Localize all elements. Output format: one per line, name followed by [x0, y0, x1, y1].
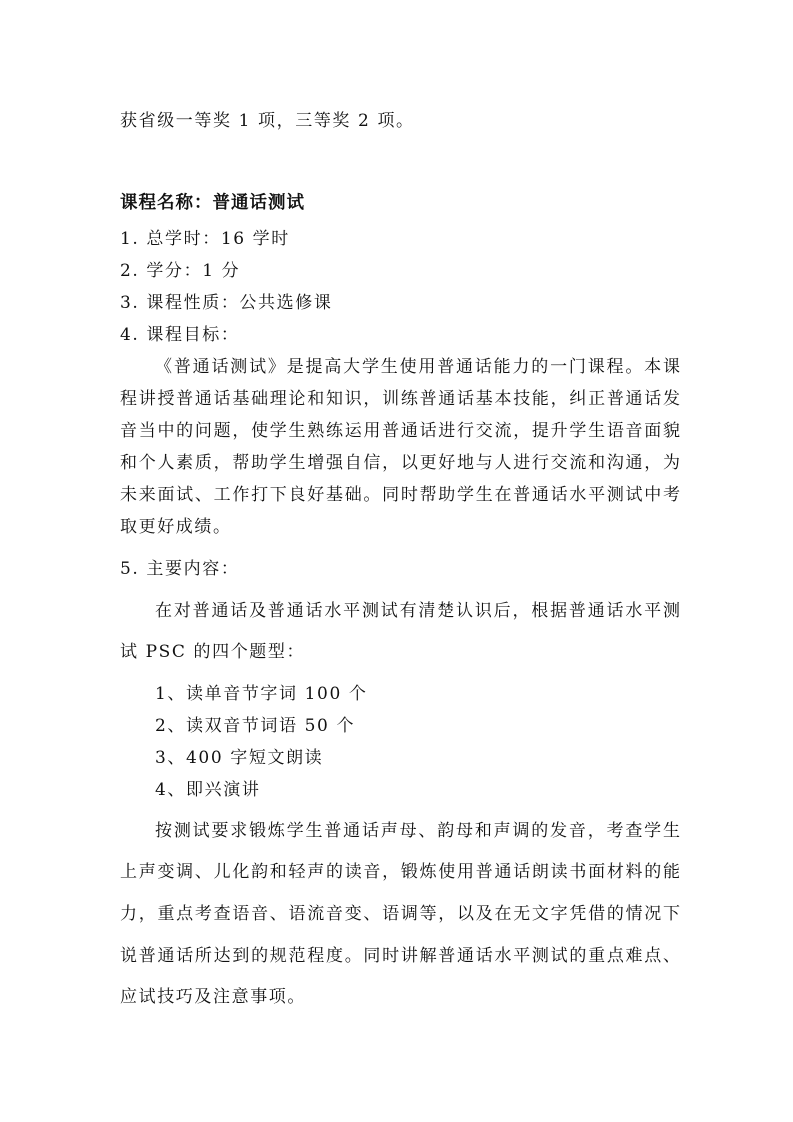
course-title: 课程名称：普通话测试 [120, 189, 305, 214]
objective-paragraph-line: 程讲授普通话基础理论和知识，训练普通话基本技能，纠正普通话发 [120, 384, 680, 409]
content-intro-line: 试 PSC 的四个题型： [120, 637, 305, 662]
course-type: 3. 课程性质：公共选修课 [120, 288, 332, 313]
course-credits: 2. 学分：1 分 [120, 256, 240, 281]
content-detail-line: 说普通话所达到的规范程度。同时讲解普通话水平测试的重点难点、 [120, 941, 680, 966]
content-detail-line: 按测试要求锻炼学生普通话声母、韵母和声调的发音，考查学生 [155, 816, 680, 841]
objective-paragraph-line: 取更好成绩。 [120, 512, 232, 537]
objective-paragraph-line: 音当中的问题，使学生熟练运用普通话进行交流，提升学生语音面貌 [120, 416, 680, 441]
question-type-item: 2、读双音节词语 50 个 [155, 711, 355, 736]
objective-paragraph-line: 和个人素质，帮助学生增强自信，以更好地与人进行交流和沟通，为 [120, 448, 680, 473]
question-type-item: 1、读单音节字词 100 个 [155, 679, 367, 704]
course-objective-heading: 4. 课程目标： [120, 320, 239, 345]
question-type-item: 4、即兴演讲 [155, 775, 260, 800]
question-type-item: 3、400 字短文朗读 [155, 743, 323, 768]
course-hours: 1. 总学时：16 学时 [120, 224, 290, 249]
content-detail-line: 应试技巧及注意事项。 [120, 982, 306, 1007]
content-intro-line: 在对普通话及普通话水平测试有清楚认识后，根据普通话水平测 [155, 596, 680, 621]
content-detail-line: 上声变调、儿化韵和轻声的读音，锻炼使用普通话朗读书面材料的能 [120, 857, 680, 882]
objective-paragraph-line: 《普通话测试》是提高大学生使用普通话能力的一门课程。本课 [155, 352, 680, 377]
objective-paragraph-line: 未来面试、工作打下良好基础。同时帮助学生在普通话水平测试中考 [120, 480, 680, 505]
content-heading: 5. 主要内容： [120, 554, 239, 579]
intro-line: 获省级一等奖 1 项，三等奖 2 项。 [120, 106, 415, 131]
content-detail-line: 力，重点考查语音、语流音变、语调等，以及在无文字凭借的情况下 [120, 899, 680, 924]
